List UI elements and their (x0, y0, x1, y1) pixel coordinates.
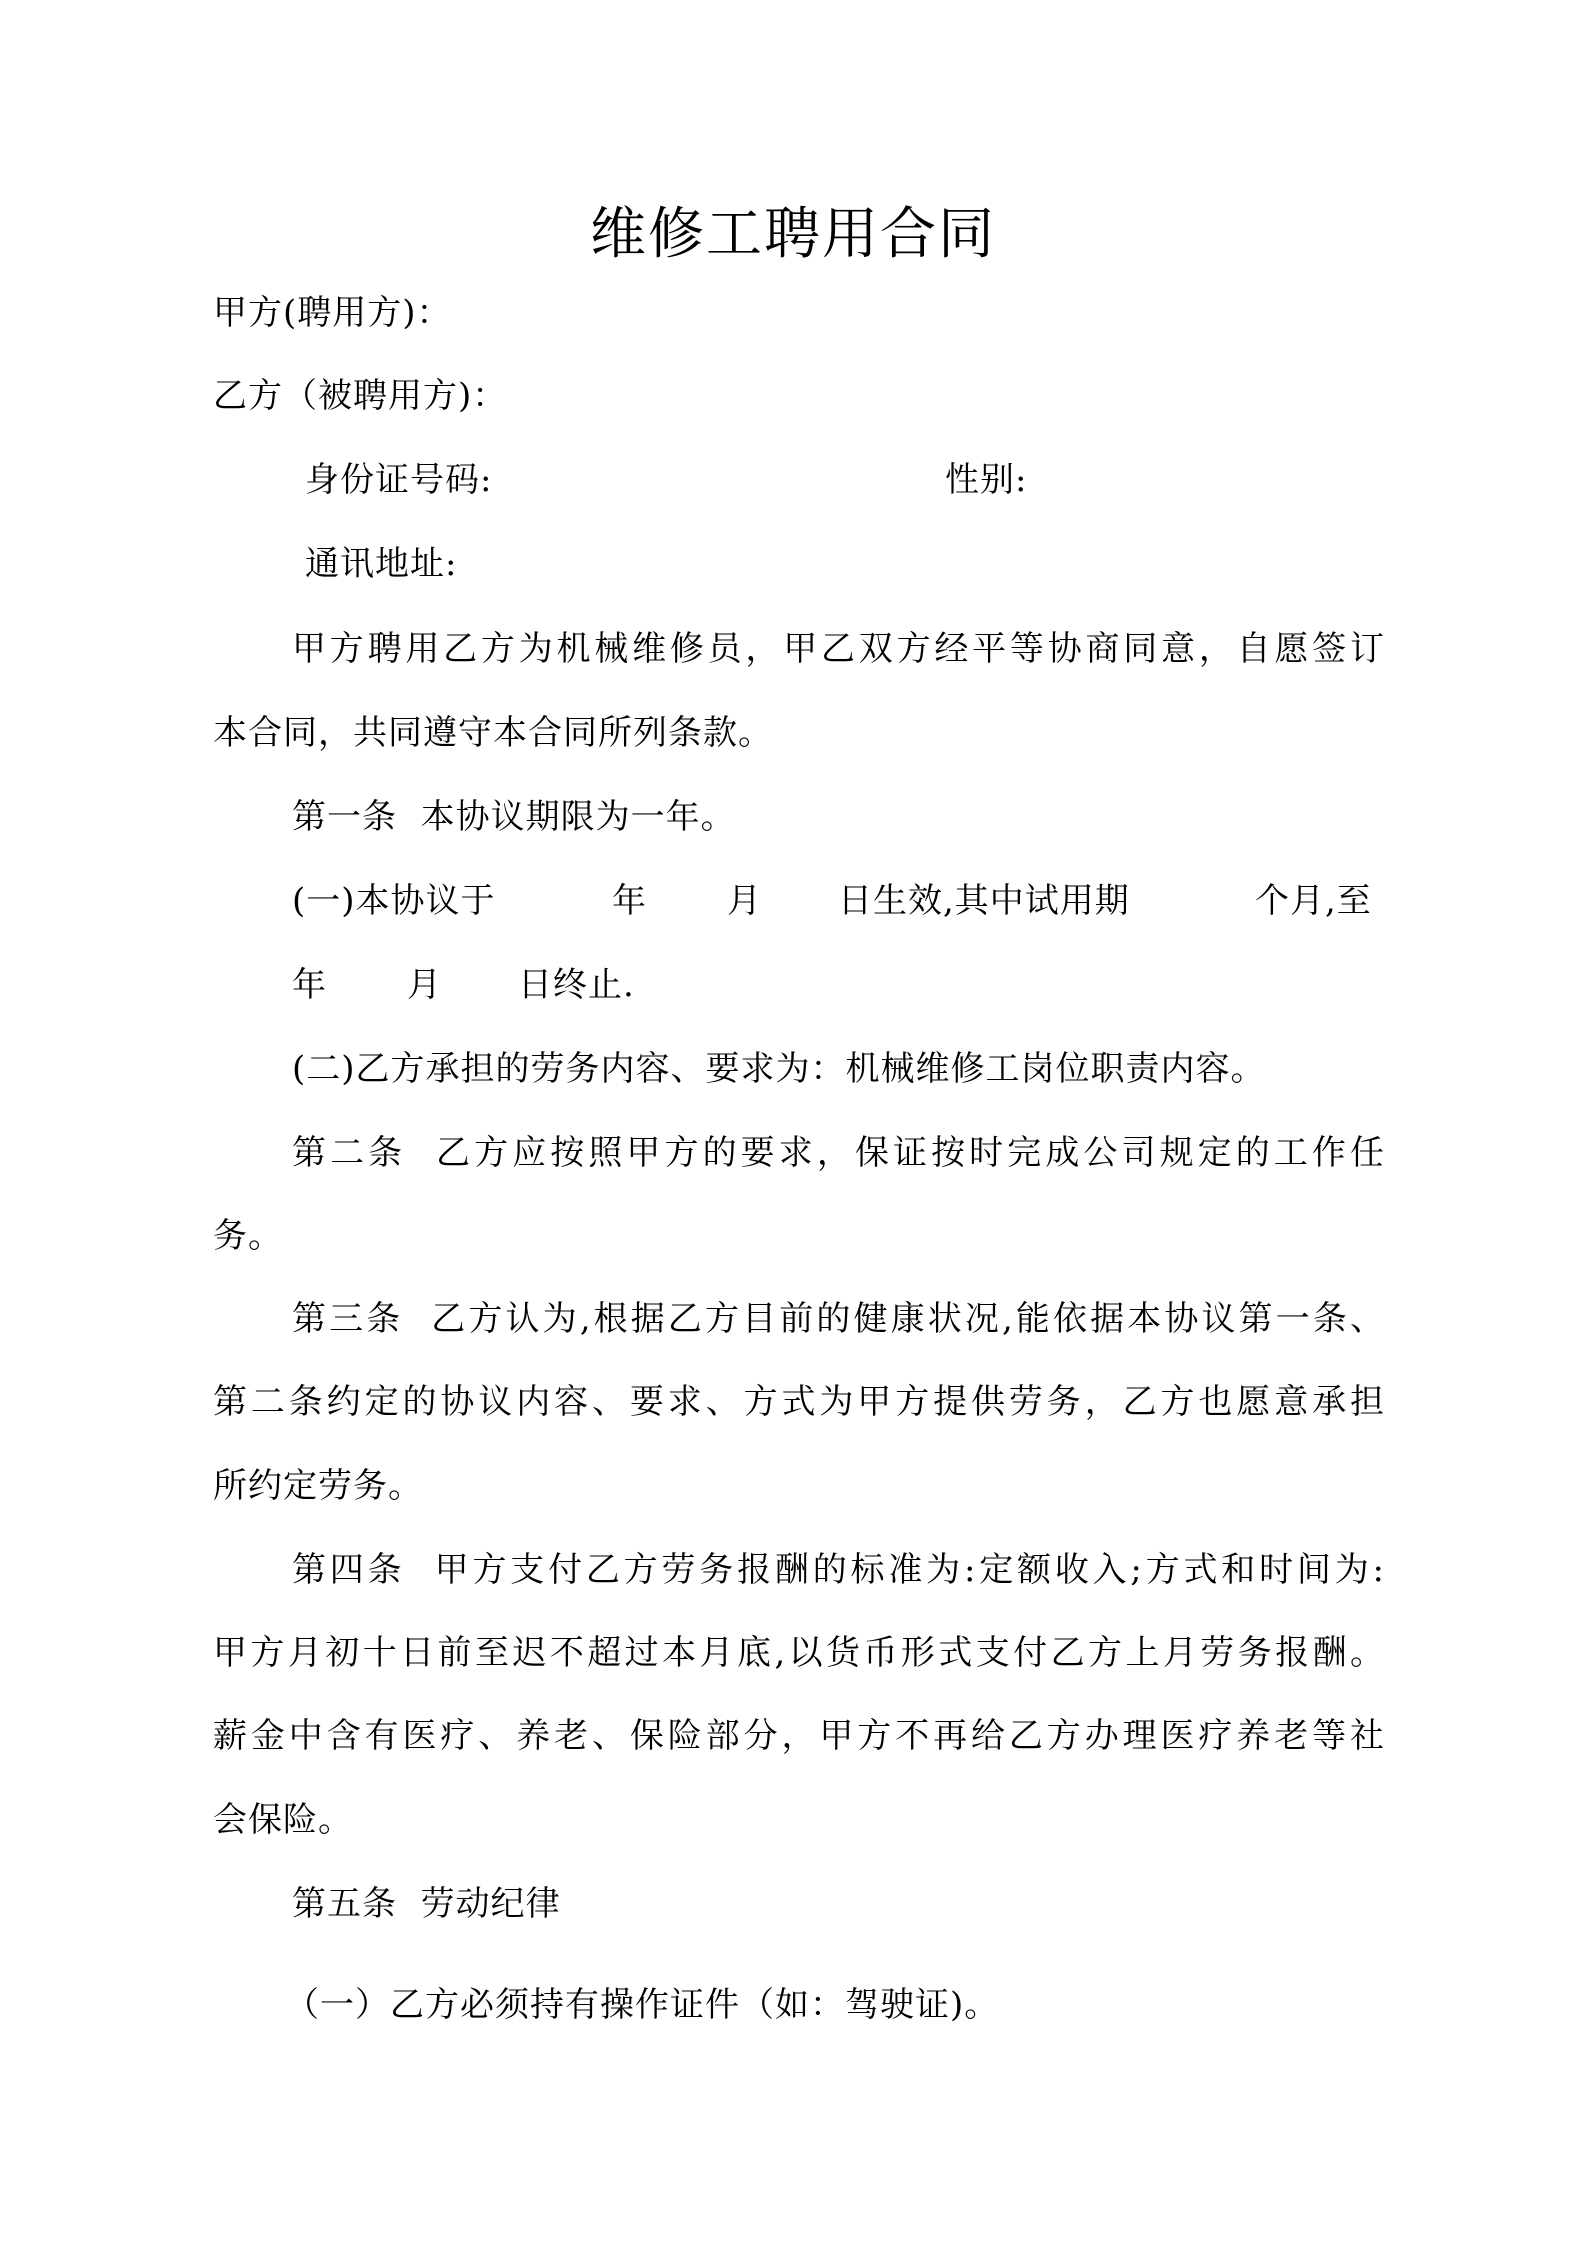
article-4-line-4: 会保险。 (213, 1803, 353, 1837)
article-2-line-2: 务。 (213, 1219, 283, 1253)
article-1-end-year: 年 (292, 968, 327, 1002)
article-5-item-1: （一）乙方必须持有操作证件（如：驾驶证)。 (285, 1988, 999, 2022)
id-number-label: 身份证号码: (305, 463, 492, 497)
party-b-label: 乙方（被聘用方)： (213, 379, 507, 413)
article-1-item-1-months: 个月,至 (1255, 884, 1372, 918)
intro-line-1: 甲方聘用乙方为机械维修员，甲乙双方经平等协商同意，自愿签订 (292, 632, 1385, 666)
address-label: 通讯地址: (305, 547, 457, 581)
article-4-line-2: 甲方月初十日前至迟不超过本月底,以货币形式支付乙方上月劳务报酬。 (213, 1636, 1385, 1670)
document-title: 维修工聘用合同 (0, 190, 1586, 270)
article-4-line-1: 第四条 甲方支付乙方劳务报酬的标准为:定额收入;方式和时间为: (292, 1553, 1385, 1587)
document-page: 维修工聘用合同 甲方(聘用方)： 乙方（被聘用方)： 身份证号码: 性别: 通讯… (0, 0, 1586, 2244)
article-1-item-1-year: 年 (612, 884, 647, 918)
article-1-end-month: 月 (407, 968, 442, 1002)
article-2-line-1: 第二条 乙方应按照甲方的要求，保证按时完成公司规定的工作任 (292, 1136, 1385, 1170)
article-3-line-2: 第二条约定的协议内容、要求、方式为甲方提供劳务，乙方也愿意承担 (213, 1385, 1385, 1419)
article-1-item-1-prefix: (一)本协议于 (292, 884, 496, 918)
article-3-line-1: 第三条 乙方认为,根据乙方目前的健康状况,能依据本协议第一条、 (292, 1302, 1385, 1336)
article-5-heading: 第五条 劳动纪律 (292, 1887, 561, 1921)
article-4-line-3: 薪金中含有医疗、养老、保险部分，甲方不再给乙方办理医疗养老等社 (213, 1719, 1385, 1753)
article-1-item-1-month: 月 (727, 884, 762, 918)
party-a-label: 甲方(聘用方)： (213, 296, 452, 330)
article-1-heading: 第一条 本协议期限为一年。 (292, 800, 736, 834)
article-1-item-2: (二)乙方承担的劳务内容、要求为：机械维修工岗位职责内容。 (292, 1052, 1266, 1086)
article-3-line-3: 所约定劳务。 (213, 1469, 423, 1503)
article-1-item-1-day: 日生效,其中试用期 (838, 884, 1130, 918)
intro-line-2: 本合同，共同遵守本合同所列条款。 (213, 716, 773, 750)
article-1-end-day: 日终止. (518, 968, 635, 1002)
gender-label: 性别: (945, 463, 1027, 497)
